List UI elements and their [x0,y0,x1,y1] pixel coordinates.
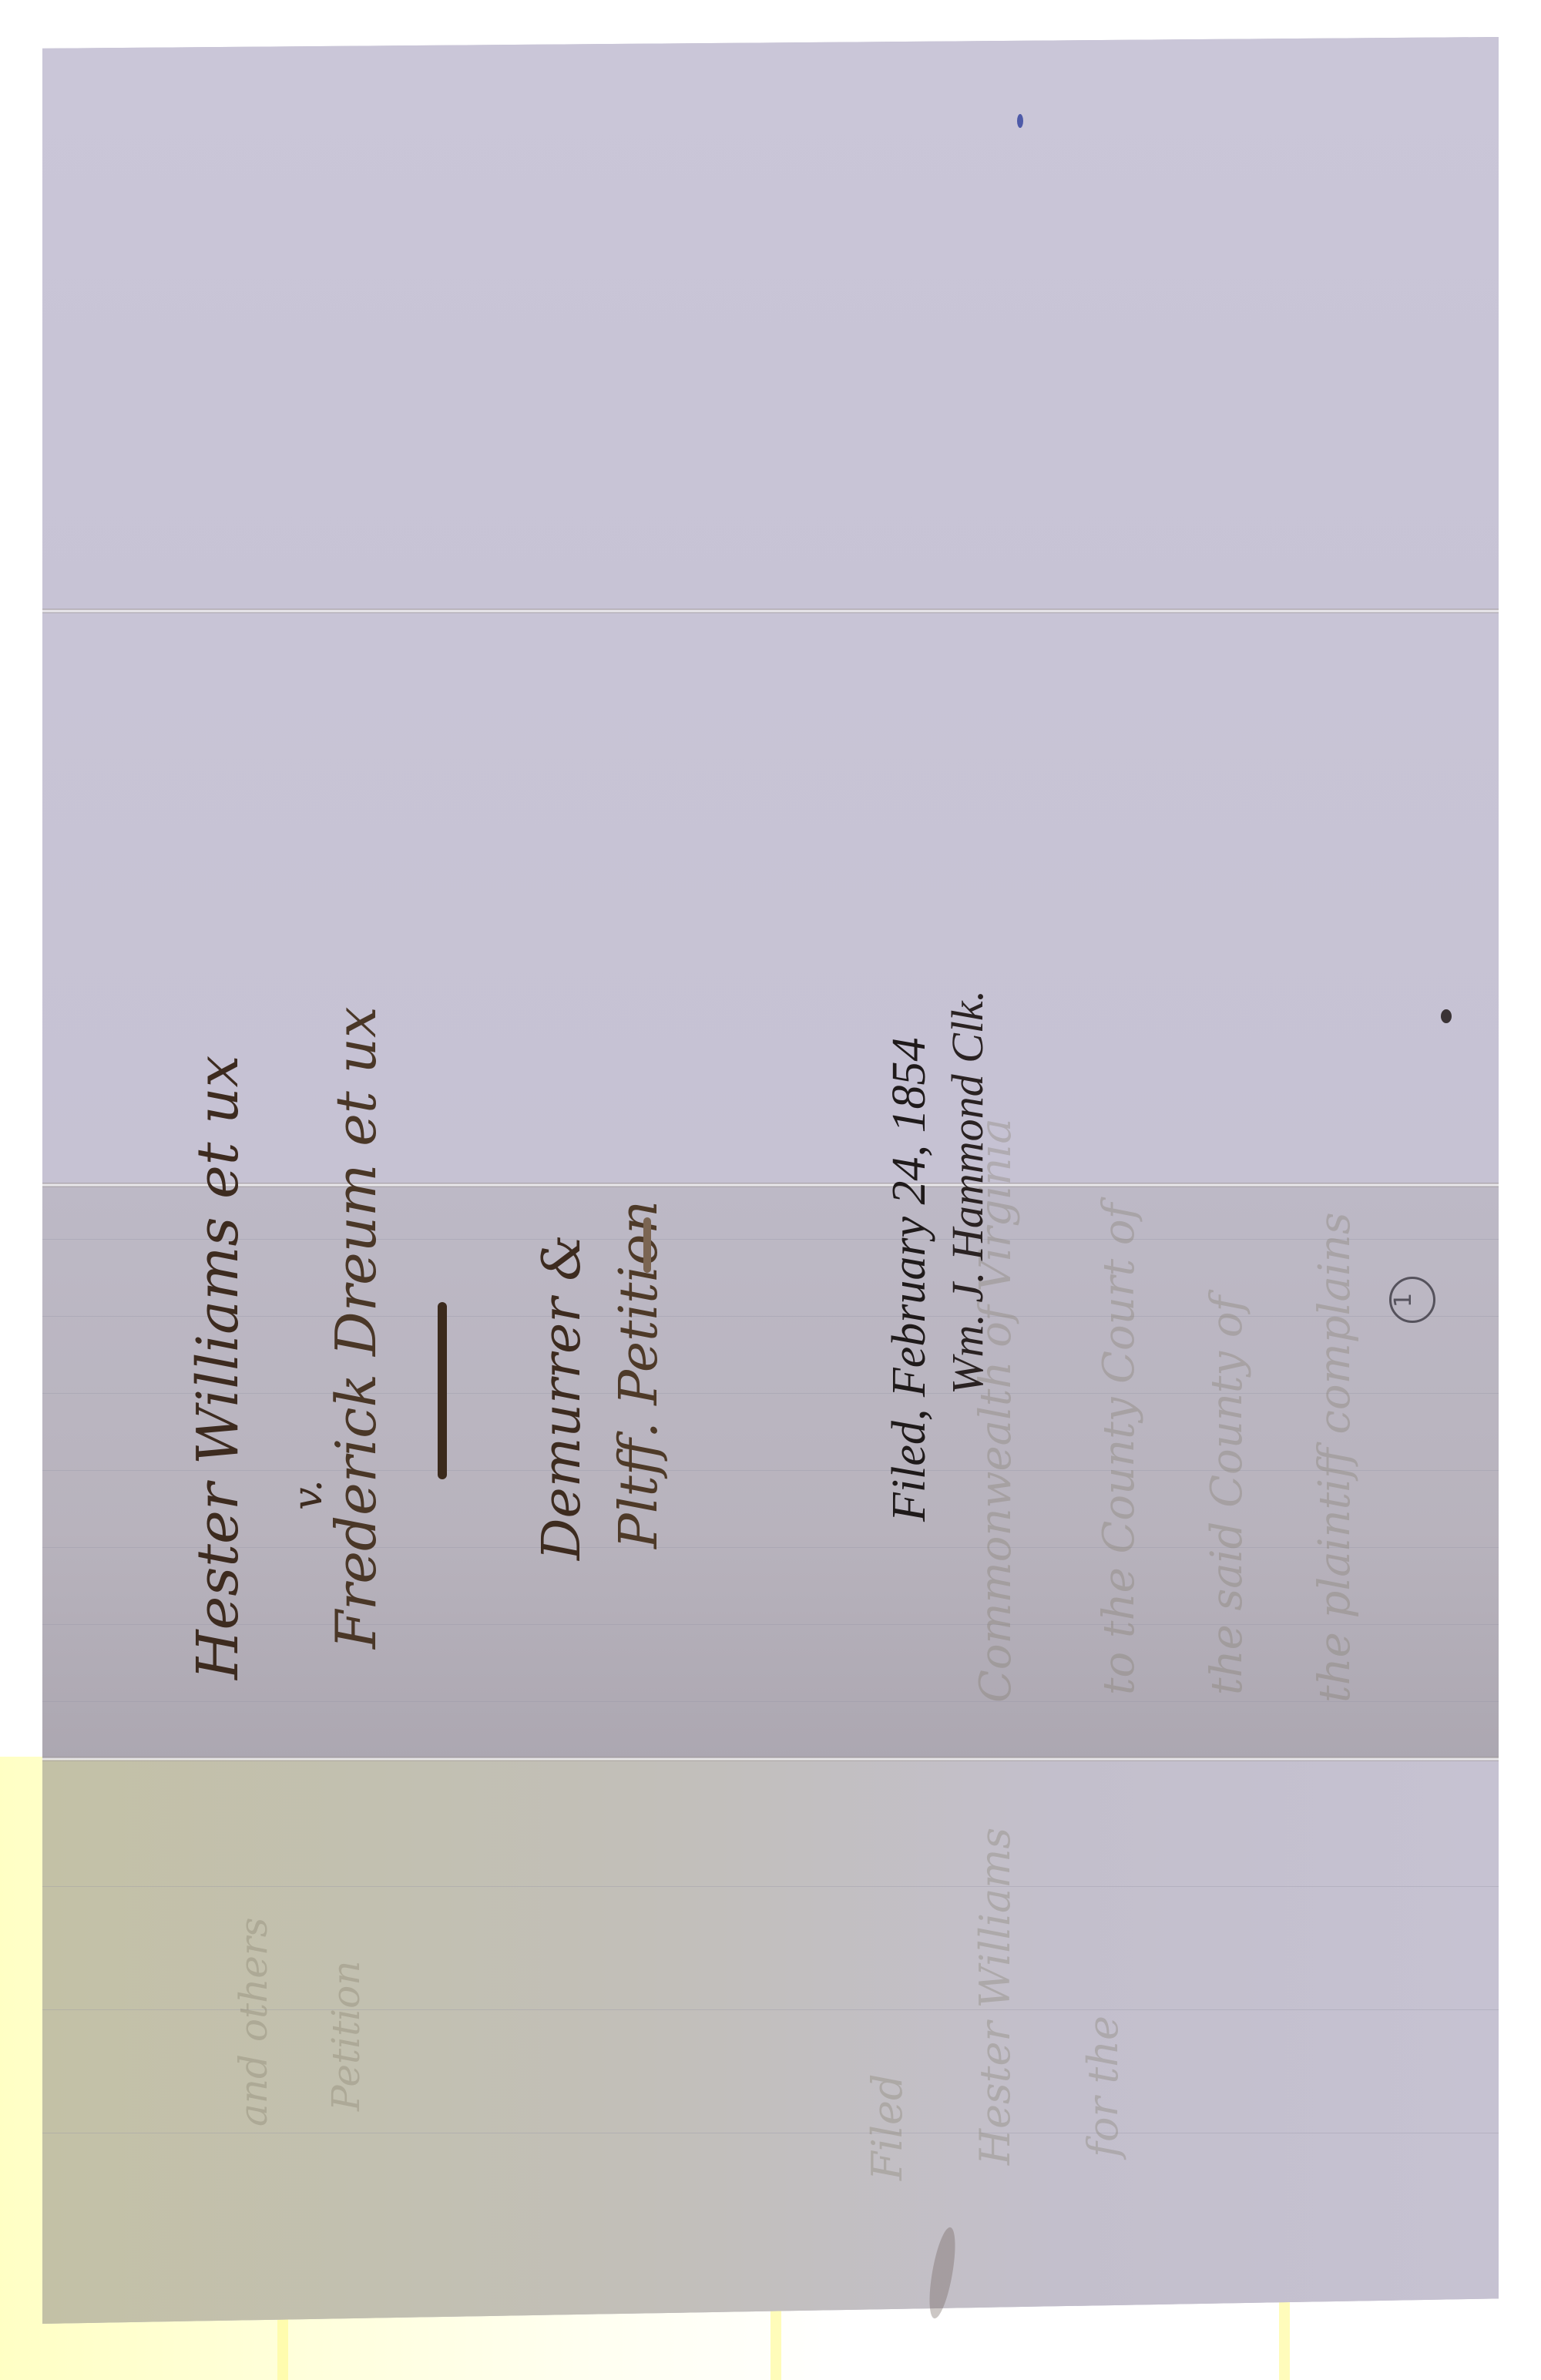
ruled-line [42,1886,1499,1887]
ruled-line [42,1239,1499,1240]
ruled-line [42,1701,1499,1702]
docket-defendant: Frederick Dreum et ux [324,1006,388,1649]
docket-document-type-2: Pltff. Petition [609,1200,670,1549]
ruled-line [42,1393,1499,1394]
docket-separator-rule [438,1302,447,1479]
ruled-line [42,1316,1499,1317]
docket-plaintiff: Hester Williams et ux [185,1056,251,1680]
ruled-line [42,1624,1499,1625]
page-number: 1 [1390,1293,1417,1307]
fold-panel-2 [42,611,1499,1185]
fold-crease [42,609,1499,613]
bleed-through-text: Hester Williams [971,1828,1019,2165]
fold-panel-1 [42,37,1499,611]
fold-crease [42,1183,1499,1187]
bleed-through-text: to the County Court of [1094,1203,1144,1695]
docket-filed-date: Filed, February 24, 1854 [882,1037,937,1522]
ink-dash-mark [643,1217,651,1273]
bleed-through-text: Filed [863,2073,912,2180]
bleed-through-text: Petition [324,1961,368,2111]
docket-clerk-signature: Wm. J. Hammond Clk. [942,990,993,1395]
ruled-line [42,1470,1499,1471]
ruled-line [42,2133,1499,2133]
fold-crease [42,1757,1499,1761]
bleed-through-text: the plaintiff complains [1310,1212,1360,1703]
blue-ink-spot [1017,114,1023,128]
bleed-through-text: for the [1079,2016,1127,2157]
ink-spot [1441,1009,1452,1023]
bleed-through-text: and others [231,1918,276,2127]
fold-panel-3-docket [42,1185,1499,1759]
circled-page-number: 1 [1389,1277,1435,1323]
bleed-through-text: the said County of [1202,1296,1252,1695]
docket-document-type: Demurrer & [532,1234,593,1560]
ruled-line [42,1547,1499,1548]
